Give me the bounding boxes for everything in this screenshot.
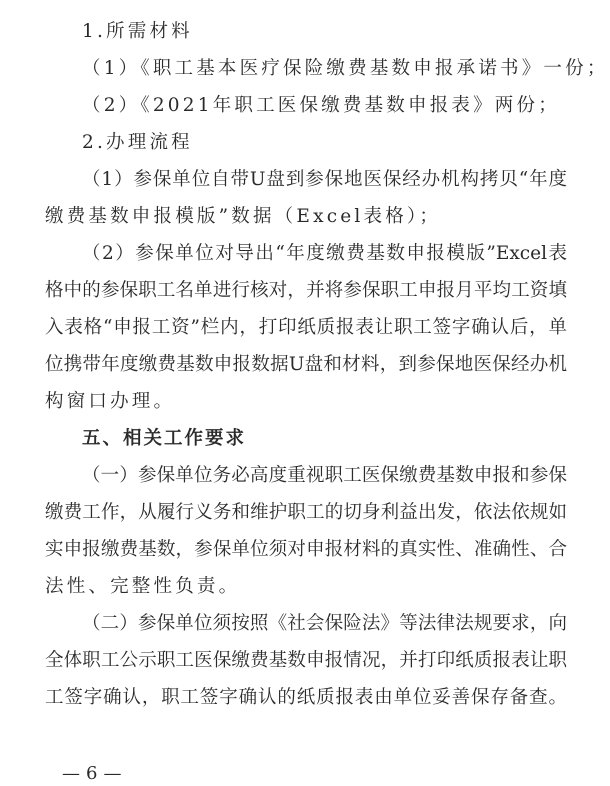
text-line: 缴费基数申报模版”数据（Excel表格）；: [45, 205, 567, 229]
page-number: —6—: [62, 763, 127, 784]
text-line: 位携带年度缴费基数申报数据U盘和材料，到参保地医保经办机: [45, 353, 567, 377]
text-line: （一）参保单位务必高度重视职工医保缴费基数申报和参保: [82, 464, 567, 488]
text-line: 2.办理流程: [82, 131, 567, 155]
text-line: （1）参保单位自带U盘到参保地医保经办机构拷贝“年度: [82, 168, 567, 192]
text-line: （2）《2021年职工医保缴费基数申报表》两份；: [82, 94, 567, 118]
text-line: 1.所需材料: [82, 20, 567, 44]
text-line: 法性、完整性负责。: [45, 575, 567, 599]
text-line: （2）参保单位对导出“年度缴费基数申报模版”Excel表: [82, 242, 567, 266]
text-line: 构窗口办理。: [45, 390, 567, 414]
text-line: 入表格“申报工资”栏内，打印纸质报表让职工签字确认后，单: [45, 316, 567, 340]
text-line: 工签字确认，职工签字确认的纸质报表由单位妥善保存备查。: [45, 686, 567, 710]
text-line: 全体职工公示职工医保缴费基数申报情况，并打印纸质报表让职: [45, 649, 567, 673]
section-heading: 五、相关工作要求: [82, 427, 567, 451]
text-line: 缴费工作，从履行义务和维护职工的切身利益出发，依法依规如: [45, 501, 567, 525]
text-line: 格中的参保职工名单进行核对，并将参保职工申报月平均工资填: [45, 279, 567, 303]
text-line: 实申报缴费基数，参保单位须对申报材料的真实性、准确性、合: [45, 538, 567, 562]
text-line: （1）《职工基本医疗保险缴费基数申报承诺书》一份；: [82, 57, 567, 81]
text-line: （二）参保单位须按照《社会保险法》等法律法规要求，向: [82, 612, 567, 636]
